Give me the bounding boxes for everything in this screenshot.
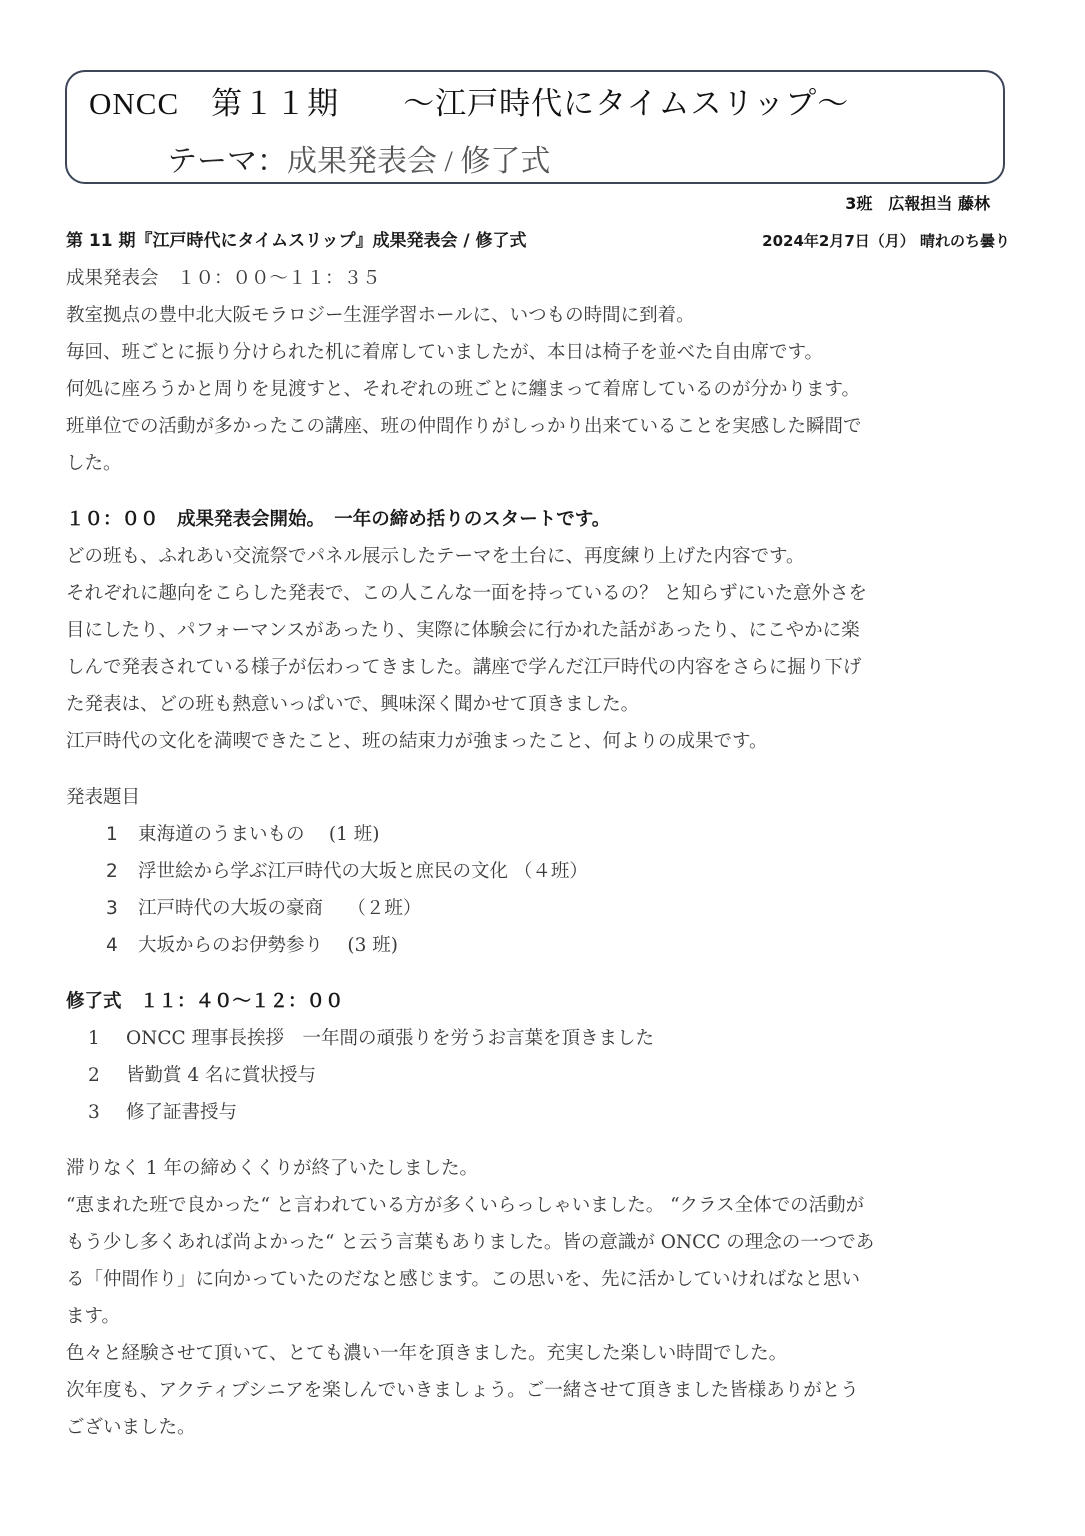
ceremony-item: 2皆勤賞 4 名に賞状授与 (66, 1057, 1026, 1094)
report-title: 第 11 期『江戸時代にタイムスリップ』成果発表会 / 修了式 (66, 223, 527, 260)
ceremony-text: ONCC 理事長挨拶 一年間の頑張りを労うお言葉を頂きました (126, 1028, 654, 1049)
topic-item: 2浮世絵から学ぶ江戸時代の大坂と庶民の文化 （４班） (66, 853, 1026, 890)
paragraph-line: 目にしたり、パフォーマンスがあったり、実際に体験会に行かれた話があったり、にこや… (66, 612, 1026, 649)
section-heading: １０：００ 成果発表会開始。 一年の締め括りのスタートです。 (66, 501, 1026, 538)
paragraph-line: 班単位での活動が多かったこの講座、班の仲間作りがしっかり出来ていることを実感した… (66, 408, 1026, 445)
topic-group: （４班） (514, 861, 588, 882)
report-date-weather: 2024年2月7日（月） 晴れのち曇り (762, 223, 1010, 260)
paragraph-line: た発表は、どの班も熱意いっぱいで、興味深く聞かせて頂きました。 (66, 686, 1026, 723)
report-header: 第 11 期『江戸時代にタイムスリップ』成果発表会 / 修了式 2024年2月7… (66, 223, 1010, 260)
topic-item: 3江戸時代の大坂の豪商 （２班） (66, 890, 1026, 927)
paragraph-line: しんで発表されている様子が伝わってきました。講座で学んだ江戸時代の内容をさらに掘… (66, 649, 1026, 686)
topic-title: 大坂からのお伊勢参り (138, 935, 323, 956)
topic-group: (3 班) (347, 935, 398, 956)
ceremony-number: 3 (88, 1094, 126, 1131)
theme-label: テーマ： (167, 145, 287, 178)
paragraph-line: どの班も、ふれあい交流祭でパネル展示したテーマを土台に、再度練り上げた内容です。 (66, 538, 1026, 575)
paragraph-line: 江戸時代の文化を満喫できたこと、班の結束力が強まったこと、何よりの成果です。 (66, 723, 1026, 760)
paragraph-line: 何処に座ろうかと周りを見渡すと、それぞれの班ごとに纏まって着席しているのが分かり… (66, 371, 1026, 408)
section-presentation-intro: 成果発表会 １０：００〜１１：３５ 教室拠点の豊中北大阪モラロジー生涯学習ホール… (66, 260, 1026, 482)
paragraph-line: もう少し多くあれば尚よかった“ と云う言葉もありました。皆の意識が ONCC の… (66, 1224, 1026, 1261)
ceremony-item: 1ONCC 理事長挨拶 一年間の頑張りを労うお言葉を頂きました (66, 1020, 1026, 1057)
paragraph-line: した。 (66, 445, 1026, 482)
topic-number: 2 (106, 853, 138, 890)
section-presentation-topics: 発表題目 1東海道のうまいもの (1 班) 2浮世絵から学ぶ江戸時代の大坂と庶民… (66, 779, 1026, 964)
paragraph-line: ございました。 (66, 1409, 1026, 1446)
topic-title: 浮世絵から学ぶ江戸時代の大坂と庶民の文化 (138, 861, 508, 882)
theme-value: 成果発表会 / 修了式 (287, 145, 550, 178)
topic-title: 江戸時代の大坂の豪商 (138, 898, 323, 919)
ceremony-item: 3修了証書授与 (66, 1094, 1026, 1131)
paragraph-line: 滞りなく 1 年の締めくくりが終了いたしました。 (66, 1150, 1026, 1187)
ceremony-heading: 修了式 １１：４０〜１２：００ (66, 983, 1026, 1020)
topic-group: (1 班) (329, 824, 380, 845)
topic-item: 4大坂からのお伊勢参り (3 班) (66, 927, 1026, 964)
ceremony-text: 修了証書授与 (126, 1102, 237, 1123)
section-ceremony: 修了式 １１：４０〜１２：００ 1ONCC 理事長挨拶 一年間の頑張りを労うお言… (66, 983, 1026, 1131)
document-theme: テーマ：成果発表会 / 修了式 (167, 136, 550, 180)
ceremony-number: 1 (88, 1020, 126, 1057)
section-heading: 成果発表会 １０：００〜１１：３５ (66, 260, 1026, 297)
document-title: ONCC 第１１期 〜江戸時代にタイムスリップ〜 (89, 78, 849, 123)
topics-heading: 発表題目 (66, 779, 1026, 816)
paragraph-line: 毎回、班ごとに振り分けられた机に着席していましたが、本日は椅子を並べた自由席です… (66, 334, 1026, 371)
spacer (66, 482, 1026, 501)
topic-title: 東海道のうまいもの (138, 824, 305, 845)
spacer (66, 760, 1026, 779)
paragraph-line: ます。 (66, 1298, 1026, 1335)
section-presentation-start: １０：００ 成果発表会開始。 一年の締め括りのスタートです。 どの班も、ふれあい… (66, 501, 1026, 760)
topic-number: 4 (106, 927, 138, 964)
ceremony-text: 皆勤賞 4 名に賞状授与 (126, 1065, 316, 1086)
paragraph-line: “恵まれた班で良かった“ と言われている方が多くいらっしゃいました。 “クラス全… (66, 1187, 1026, 1224)
topic-number: 1 (106, 816, 138, 853)
paragraph-line: 次年度も、アクティブシニアを楽しんでいきましょう。ご一緒させて頂きました皆様あり… (66, 1372, 1026, 1409)
paragraph-line: 色々と経験させて頂いて、とても濃い一年を頂きました。充実した楽しい時間でした。 (66, 1335, 1026, 1372)
paragraph-line: 教室拠点の豊中北大阪モラロジー生涯学習ホールに、いつもの時間に到着。 (66, 297, 1026, 334)
ceremony-number: 2 (88, 1057, 126, 1094)
section-closing: 滞りなく 1 年の締めくくりが終了いたしました。 “恵まれた班で良かった“ と言… (66, 1150, 1026, 1446)
spacer (66, 964, 1026, 983)
author-credit: 3班 広報担当 藤林 (845, 191, 990, 214)
paragraph-line: それぞれに趣向をこらした発表で、この人こんな一面を持っているの？ と知らずにいた… (66, 575, 1026, 612)
topic-group: （２班） (347, 898, 421, 919)
spacer (66, 1131, 1026, 1150)
topic-item: 1東海道のうまいもの (1 班) (66, 816, 1026, 853)
title-box: ONCC 第１１期 〜江戸時代にタイムスリップ〜 テーマ：成果発表会 / 修了式 (65, 70, 1005, 184)
document-body: 第 11 期『江戸時代にタイムスリップ』成果発表会 / 修了式 2024年2月7… (66, 223, 1026, 1446)
paragraph-line: る「仲間作り」に向かっていたのだなと感じます。この思いを、先に活かしていければな… (66, 1261, 1026, 1298)
topic-number: 3 (106, 890, 138, 927)
